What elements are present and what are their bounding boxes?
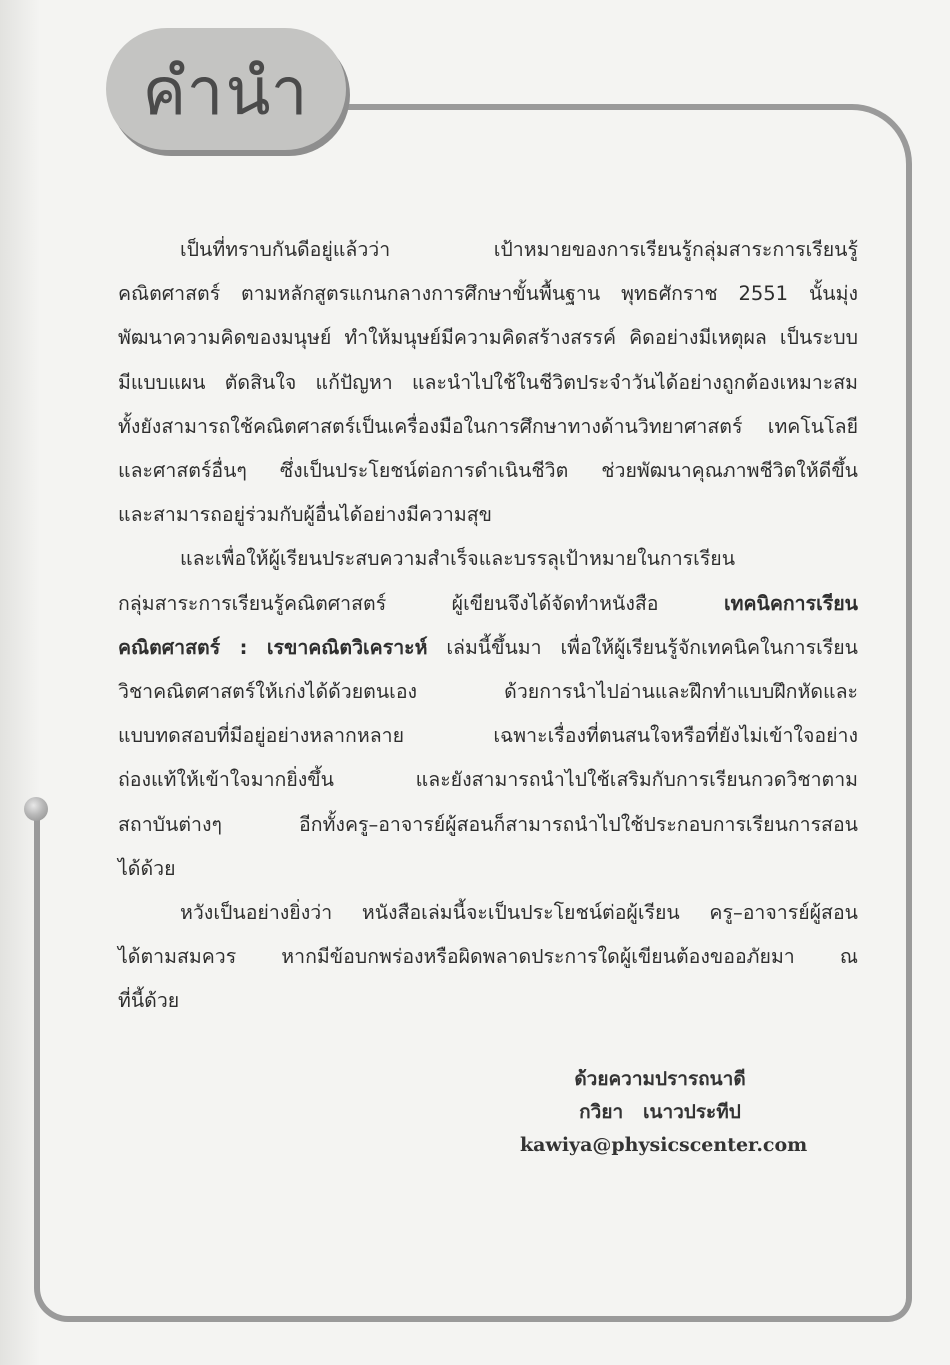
frame-top-right-corner (820, 104, 912, 194)
frame-right-border (906, 190, 912, 1240)
author-name: กวิยา เนาวประทีป (520, 1096, 800, 1129)
paragraph-line: และสามารถอยู่ร่วมกับผู้อื่นได้อย่างมีควา… (118, 493, 858, 537)
frame-bottom-border (34, 1180, 912, 1322)
frame-knob-icon (24, 797, 48, 821)
paragraph-line: ได้ตามสมควร หากมีข้อบกพร่องหรือผิดพลาดปร… (118, 935, 858, 979)
paragraph-line: กลุ่มสาระการเรียนรู้คณิตศาสตร์ ผู้เขียนจ… (118, 582, 858, 626)
paragraph-line: พัฒนาความคิดของมนุษย์ ทำให้มนุษย์มีความค… (118, 316, 858, 360)
paragraph-line: สถาบันต่างๆ อีกทั้งครู–อาจารย์ผู้สอนก็สา… (118, 803, 858, 847)
frame-left-border (34, 815, 40, 1185)
closing-text: ด้วยความปรารถนาดี (520, 1063, 800, 1096)
paragraph-line: แบบทดสอบที่มีอยู่อย่างหลากหลาย เฉพาะเรื่… (118, 714, 858, 758)
paragraph-line: ได้ด้วย (118, 847, 858, 891)
book-title-part2: คณิตศาสตร์ : เรขาคณิตวิเคราะห์ (118, 636, 427, 659)
paragraph-line: คณิตศาสตร์ : เรขาคณิตวิเคราะห์ เล่มนี้ขึ… (118, 626, 858, 670)
heading-badge: คำนำ (106, 28, 346, 150)
paragraph-line: และศาสตร์อื่นๆ ซึ่งเป็นประโยชน์ต่อการดำเ… (118, 449, 858, 493)
paragraph-line: วิชาคณิตศาสตร์ให้เก่งได้ด้วยตนเอง ด้วยกา… (118, 670, 858, 714)
paragraph-line: ถ่องแท้ให้เข้าใจมากยิ่งขึ้น และยังสามารถ… (118, 758, 858, 802)
paragraph-text: เล่มนี้ขึ้นมา เพื่อให้ผู้เรียนรู้จักเทคน… (427, 636, 858, 659)
book-title-part1: เทคนิคการเรียน (724, 592, 858, 615)
paragraph-text: กลุ่มสาระการเรียนรู้คณิตศาสตร์ ผู้เขียนจ… (118, 592, 724, 615)
frame-top-border (340, 104, 840, 110)
paragraph-line: เป็นที่ทราบกันดีอยู่แล้วว่า เป้าหมายของก… (118, 228, 858, 272)
page-title: คำนำ (142, 39, 309, 144)
paragraph-line: ทั้งยังสามารถใช้คณิตศาสตร์เป็นเครื่องมือ… (118, 405, 858, 449)
signature-block: ด้วยความปรารถนาดี กวิยา เนาวประทีป kawiy… (520, 1063, 800, 1162)
paragraph-line: มีแบบแผน ตัดสินใจ แก้ปัญหา และนำไปใช้ในช… (118, 361, 858, 405)
paragraph-line: และเพื่อให้ผู้เรียนประสบความสำเร็จและบรร… (118, 537, 858, 581)
paragraph-line: หวังเป็นอย่างยิ่งว่า หนังสือเล่มนี้จะเป็… (118, 891, 858, 935)
paragraph-line: ที่นี้ด้วย (118, 979, 858, 1023)
author-email: kawiya@physicscenter.com (520, 1129, 800, 1162)
preface-body: เป็นที่ทราบกันดีอยู่แล้วว่า เป้าหมายของก… (118, 228, 858, 1024)
paragraph-line: คณิตศาสตร์ ตามหลักสูตรแกนกลางการศึกษาขั้… (118, 272, 858, 316)
